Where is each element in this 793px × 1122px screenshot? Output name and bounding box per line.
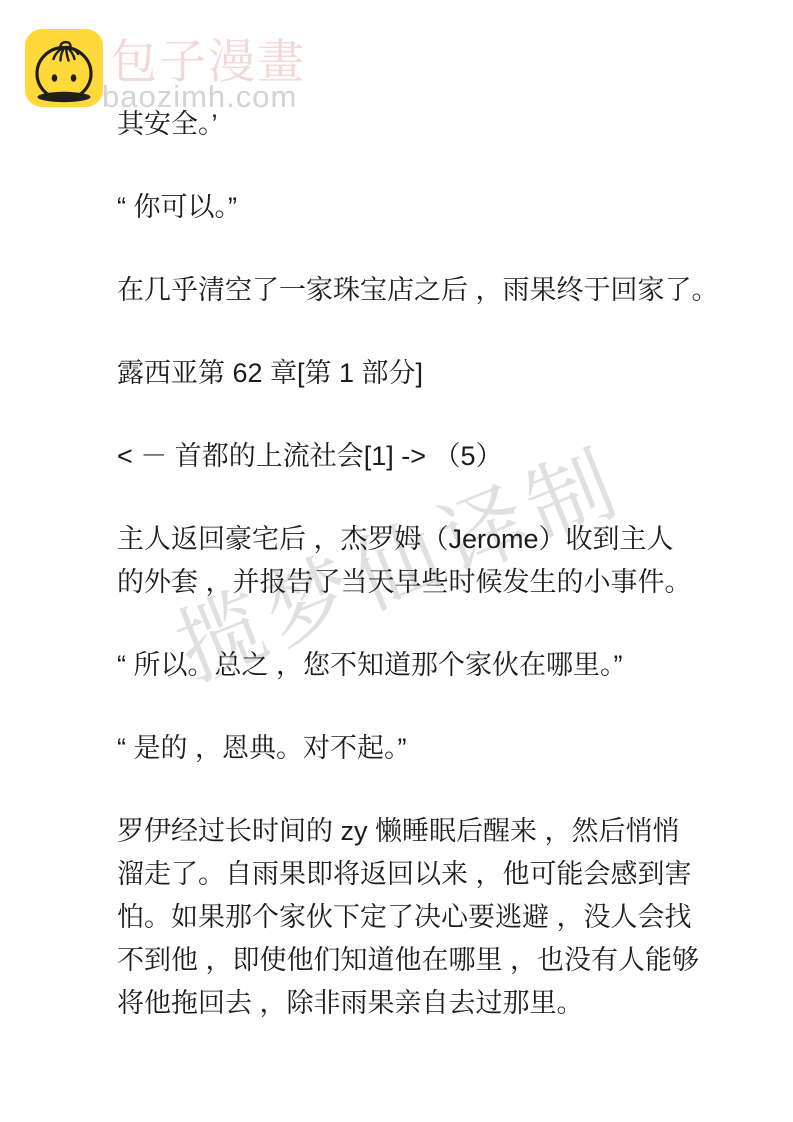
paragraph: 其安全。’ [117,103,737,146]
text-line: 其安全。’ [117,103,737,146]
text-line: 溜走了。自雨果即将返回以来 ，他可能会感到害 [117,853,737,896]
paragraph: “ 是的 ，恩典。对不起。” [117,727,737,770]
paragraph: 主人返回豪宅后 ，杰罗姆（Jerome）收到主人 的外套 ，并报告了当天早些时候… [117,518,737,604]
paragraph-section-title: < － 首都的上流社会[1] -> （5） [117,435,737,478]
text-line: “ 是的 ，恩典。对不起。” [117,727,737,770]
text-line: “ 你可以。” [117,186,737,229]
text-line: 将他拖回去 ，除非雨果亲自去过那里。 [117,982,737,1025]
novel-text: 其安全。’ “ 你可以。” 在几乎清空了一家珠宝店之后 ，雨果终于回家了。 露西… [117,103,737,1065]
section-title: < － 首都的上流社会[1] -> （5） [117,435,737,478]
text-line: 的外套 ，并报告了当天早些时候发生的小事件。 [117,561,737,604]
text-line: 罗伊经过长时间的 zy 懒睡眠后醒来 ，然后悄悄 [117,810,737,853]
manga-text-page: 包子漫畫 baozimh.com 揽梦仙译制 其安全。’ “ 你可以。” 在几乎… [0,0,793,1122]
text-line: 怕。如果那个家伙下定了决心要逃避 ，没人会找 [117,896,737,939]
chapter-title: 露西亚第 62 章[第 1 部分] [117,352,737,395]
paragraph: “ 你可以。” [117,186,737,229]
text-line: 不到他 ，即使他们知道他在哪里 ，也没有人能够 [117,939,737,982]
paragraph: 在几乎清空了一家珠宝店之后 ，雨果终于回家了。 [117,269,737,312]
paragraph-chapter-title: 露西亚第 62 章[第 1 部分] [117,352,737,395]
paragraph: “ 所以。总之 ，您不知道那个家伙在哪里。” [117,644,737,687]
text-line: “ 所以。总之 ，您不知道那个家伙在哪里。” [117,644,737,687]
baozi-bun-icon [25,29,103,107]
text-line: 主人返回豪宅后 ，杰罗姆（Jerome）收到主人 [117,518,737,561]
paragraph: 罗伊经过长时间的 zy 懒睡眠后醒来 ，然后悄悄 溜走了。自雨果即将返回以来 ，… [117,810,737,1025]
text-line: 在几乎清空了一家珠宝店之后 ，雨果终于回家了。 [117,269,737,312]
